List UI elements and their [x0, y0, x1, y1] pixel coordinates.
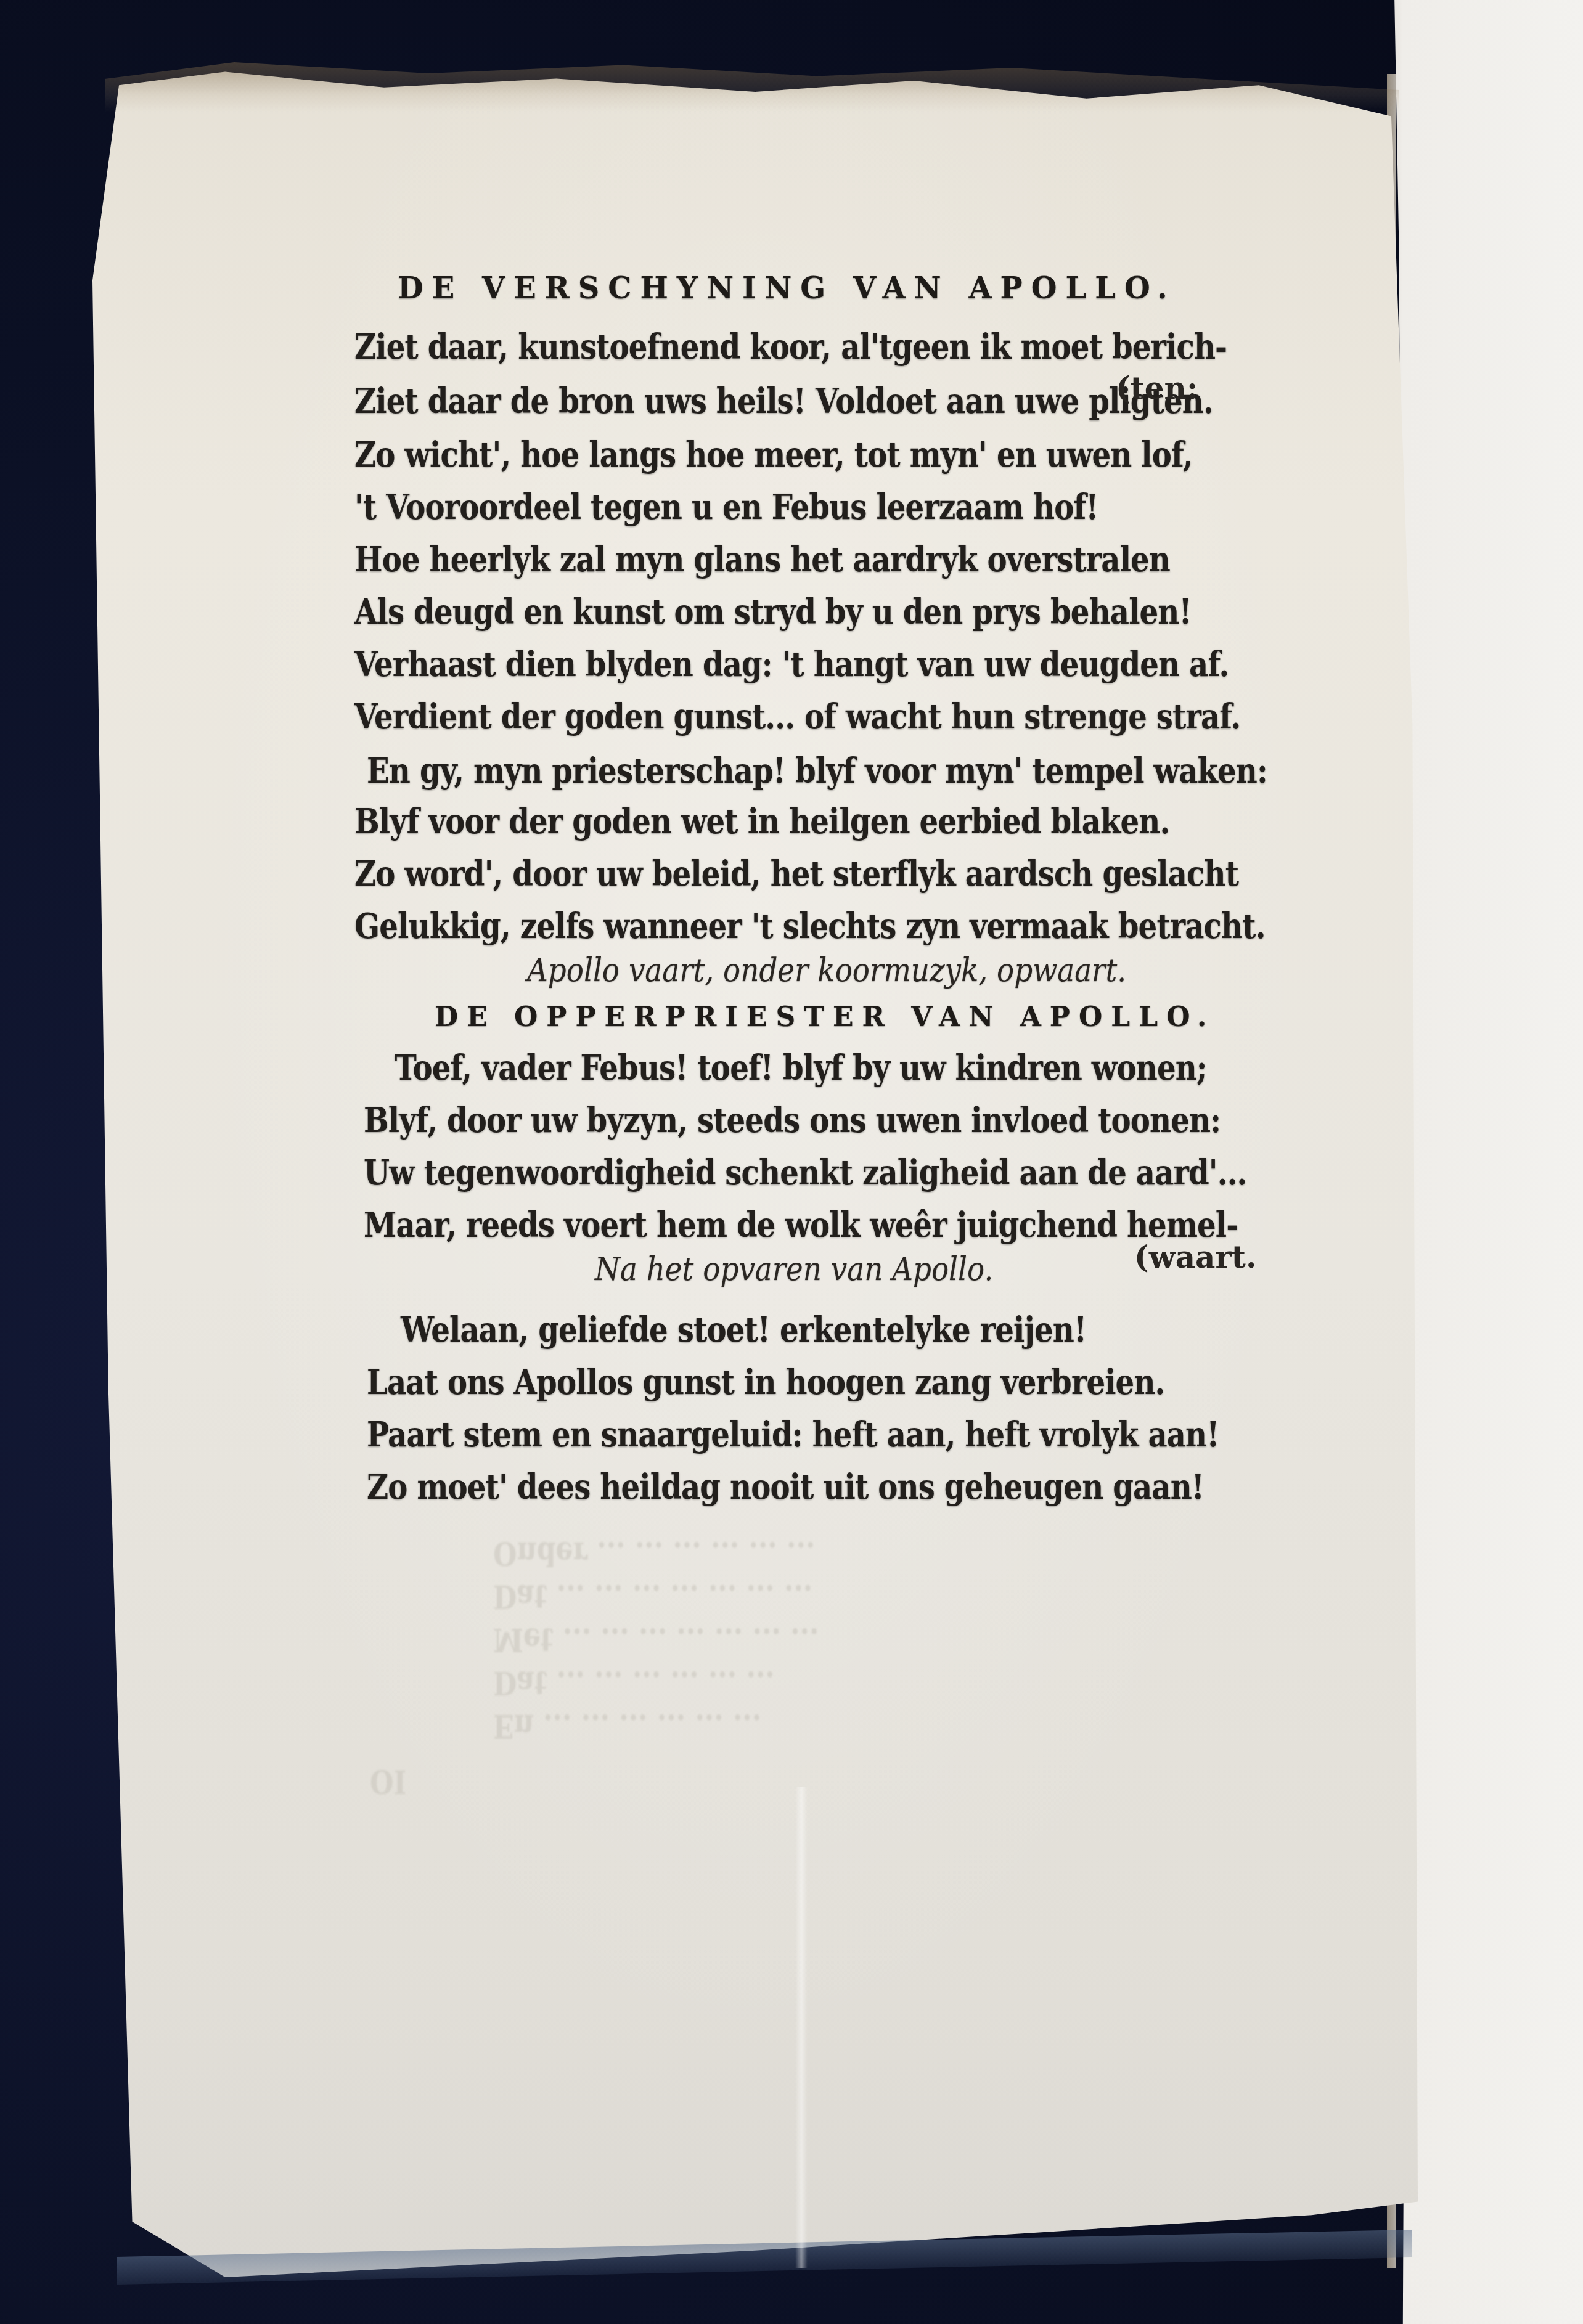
verse-line: Zo word', door uw beleid, het sterflyk a…: [354, 854, 1238, 894]
verse-overflow: (waart.: [1134, 1239, 1256, 1275]
show-through-line: En ... ... ... ... ... ...: [493, 1707, 761, 1745]
verse-line: Verdient der goden gunst... of wacht hun…: [354, 696, 1240, 737]
verse-line: Zo wicht', hoe langs hoe meer, tot myn' …: [354, 434, 1193, 475]
verse-line: Uw tegenwoordigheid schenkt zaligheid aa…: [364, 1152, 1246, 1193]
show-through-line: Dat ... ... ... ... ... ...: [493, 1664, 775, 1702]
verse-line: Welaan, geliefde stoet! erkentelyke reij…: [401, 1310, 1086, 1350]
verse-line: Paart stem en snaargeluid: heft aan, hef…: [367, 1414, 1219, 1455]
verse-line: Blyf voor der goden wet in heilgen eerbi…: [354, 801, 1169, 842]
verse-line: Toef, vader Febus! toef! blyf by uw kind…: [395, 1048, 1207, 1088]
show-through-line: OI: [370, 1763, 406, 1800]
heading-opperpriester: DE OPPERPRIESTER VAN APOLLO.: [435, 1001, 1215, 1033]
verse-line: Maar, reeds voert hem de wolk weêr juigc…: [364, 1205, 1238, 1246]
show-through-line: Met ... ... ... ... ... ... ...: [493, 1621, 819, 1658]
heading-verschyning: DE VERSCHYNING VAN APOLLO.: [398, 271, 1176, 306]
verse-overflow: (ten:: [1116, 370, 1198, 406]
show-through-line: Onder ... ... ... ... ... ...: [493, 1535, 815, 1572]
verse-line: Gelukkig, zelfs wanneer 't slechts zyn v…: [354, 906, 1266, 947]
verse-line: Ziet daar, kunstoefnend koor, al'tgeen i…: [354, 327, 1227, 367]
verse-line: Verhaast dien blyden dag: 't hangt van u…: [354, 644, 1229, 685]
page-text: Onder ... ... ... ... ... ... Dat ... ..…: [0, 0, 1583, 2324]
verse-line: Als deugd en kunst om stryd by u den pry…: [354, 592, 1192, 632]
verse-line: Zo moet' dees heildag nooit uit ons gehe…: [367, 1467, 1204, 1507]
verse-line: Ziet daar de bron uws heils! Voldoet aan…: [354, 381, 1213, 422]
verse-line: Hoe heerlyk zal myn glans het aardryk ov…: [354, 539, 1170, 580]
stage-direction: Apollo vaart, onder koormuzyk, opwaart.: [527, 952, 1126, 989]
verse-line: Blyf, door uw byzyn, steeds ons uwen inv…: [364, 1100, 1221, 1141]
show-through-line: Dat ... ... ... ... ... ... ...: [493, 1578, 812, 1615]
verse-line: Laat ons Apollos gunst in hoogen zang ve…: [367, 1362, 1164, 1403]
verse-line: En gy, myn priesterschap! blyf voor myn'…: [367, 751, 1267, 791]
verse-line: 't Vooroordeel tegen u en Febus leerzaam…: [354, 487, 1098, 528]
stage-direction: Na het opvaren van Apollo.: [595, 1251, 993, 1288]
